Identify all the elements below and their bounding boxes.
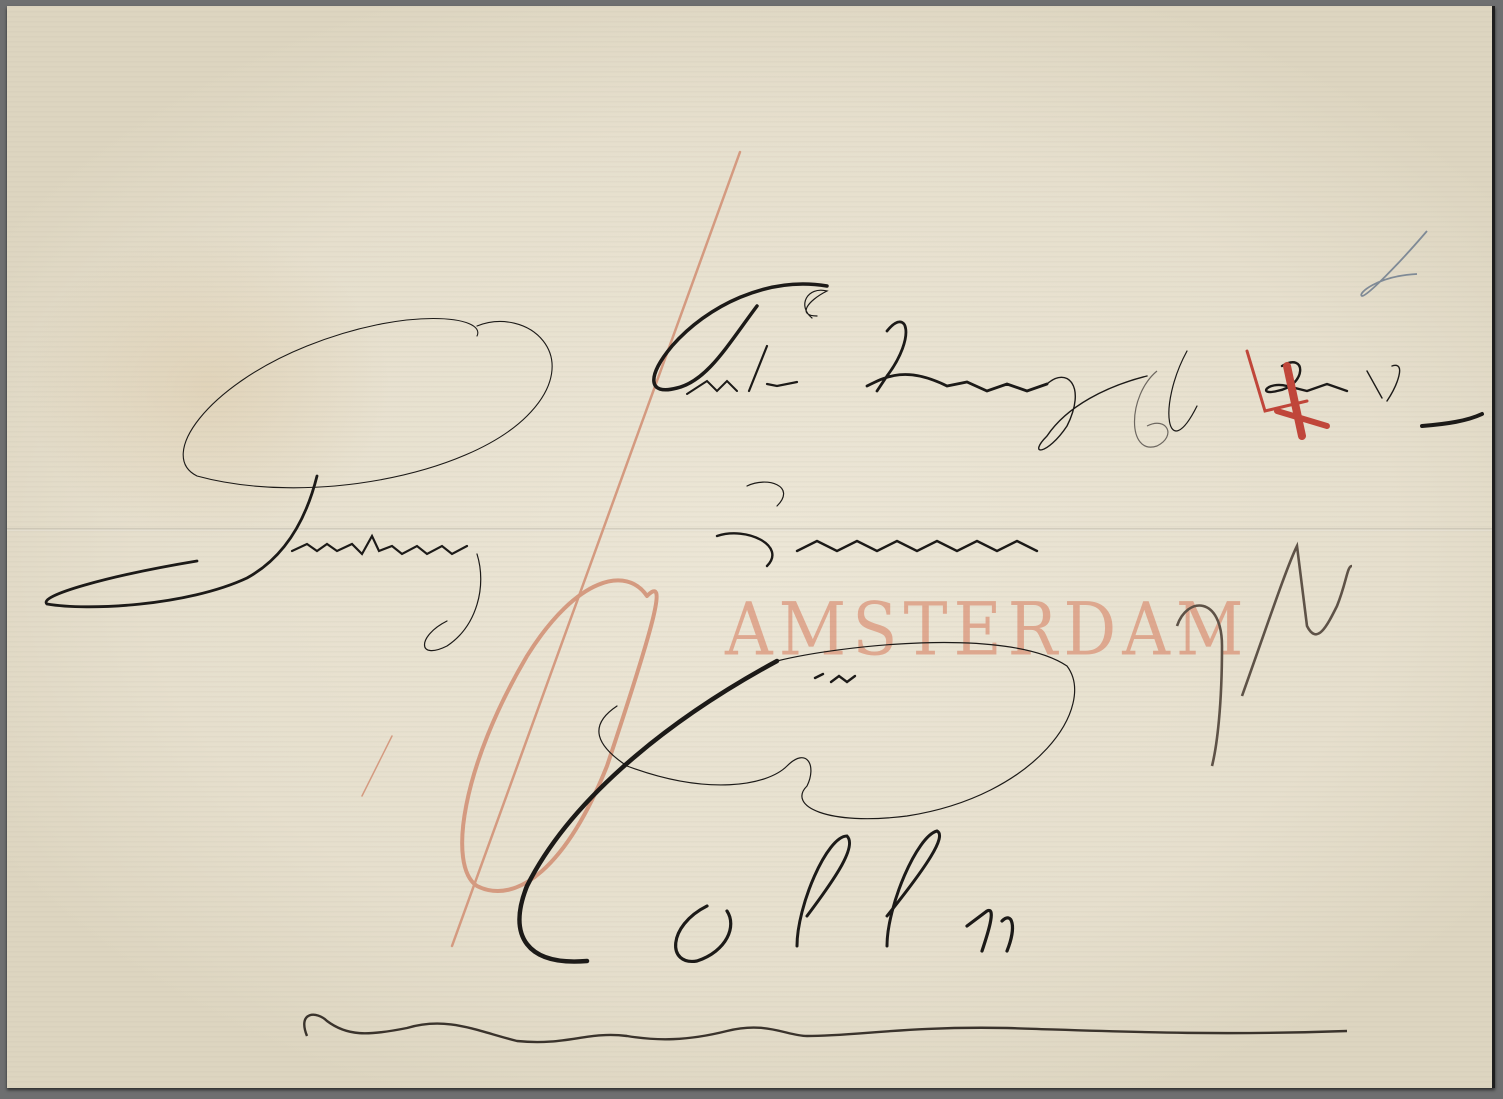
pencil-mark [1361,231,1427,296]
flourish-underline [304,1015,1347,1042]
pencil-six [1135,371,1168,447]
address-line-1-script [654,284,1482,450]
address-line-2-script [46,319,1037,651]
address-line-3-script [815,674,855,682]
red-crayon-marking [362,152,740,946]
red-rate-four [1247,351,1327,436]
letter-cover: AMSTERDAM [7,6,1495,1088]
manuscript-rate-script [1177,546,1352,766]
handwriting-layer [7,6,1495,1088]
address-line-4-script [520,643,1075,962]
